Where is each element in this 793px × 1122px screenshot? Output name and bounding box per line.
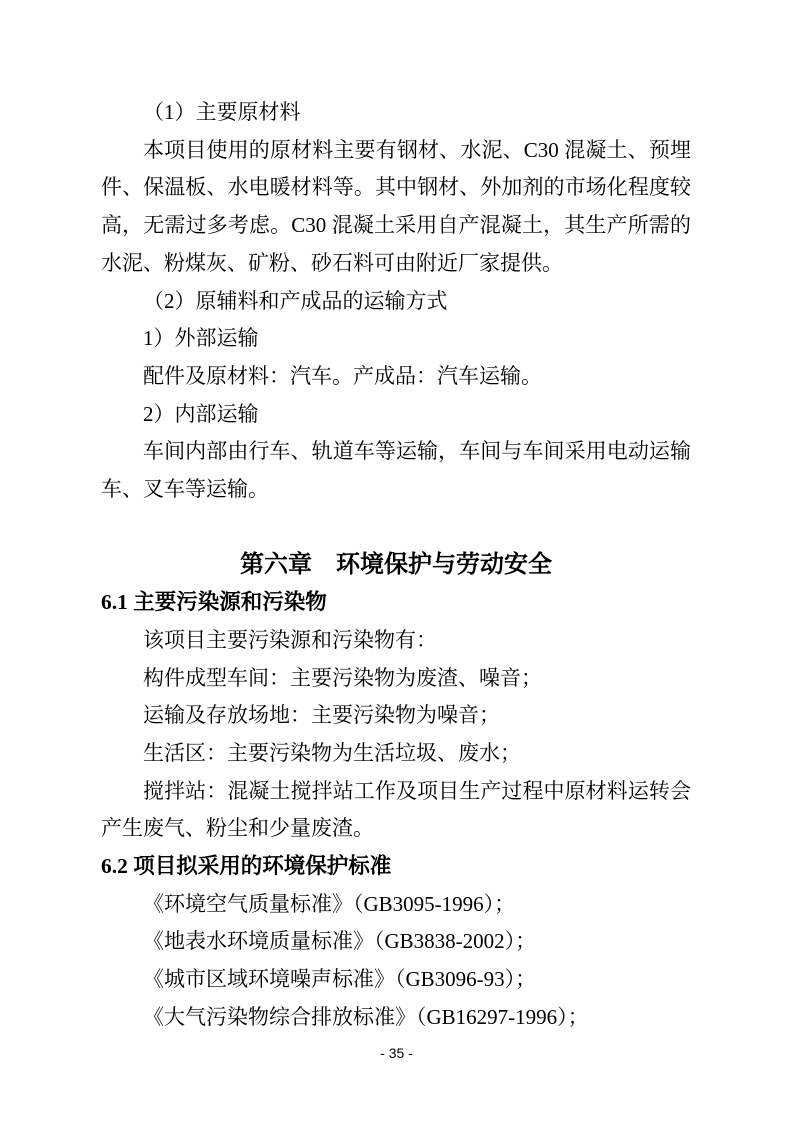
paragraph: 《地表水环境质量标准》（GB3838-2002）； — [101, 923, 691, 961]
paragraph: （2）原辅料和产成品的运输方式 — [101, 283, 691, 321]
paragraph: 搅拌站：混凝土搅拌站工作及项目生产过程中原材料运转会产生废气、粉尘和少量废渣。 — [101, 773, 691, 848]
document-body: （1）主要原材料本项目使用的原材料主要有钢材、水泥、C30 混凝土、预埋件、保温… — [101, 94, 691, 1037]
paragraph: 车间内部由行车、轨道车等运输，车间与车间采用电动运输车、叉车等运输。 — [101, 433, 691, 508]
paragraph: 2）内部运输 — [101, 396, 691, 434]
chapter-heading: 第六章 环境保护与劳动安全 — [101, 546, 691, 584]
paragraph: 生活区：主要污染物为生活垃圾、废水； — [101, 735, 691, 773]
paragraph: （1）主要原材料 — [101, 94, 691, 132]
paragraph: 1）外部运输 — [101, 320, 691, 358]
paragraph: 《环境空气质量标准》（GB3095-1996）； — [101, 886, 691, 924]
paragraph: 配件及原材料：汽车。产成品：汽车运输。 — [101, 358, 691, 396]
paragraph: 运输及存放场地：主要污染物为噪音； — [101, 697, 691, 735]
page-number: - 35 - — [380, 1045, 413, 1061]
paragraph: 构件成型车间：主要污染物为废渣、噪音； — [101, 660, 691, 698]
paragraph: 《大气污染物综合排放标准》（GB16297-1996）； — [101, 999, 691, 1037]
paragraph: 该项目主要污染源和污染物有： — [101, 622, 691, 660]
paragraph: 本项目使用的原材料主要有钢材、水泥、C30 混凝土、预埋件、保温板、水电暖材料等… — [101, 132, 691, 283]
page-footer: - 35 - — [0, 1044, 793, 1062]
paragraph: 《城市区域环境噪声标准》（GB3096-93）； — [101, 961, 691, 999]
section-heading: 6.1 主要污染源和污染物 — [101, 584, 691, 622]
section-heading: 6.2 项目拟采用的环境保护标准 — [101, 848, 691, 886]
document-page: （1）主要原材料本项目使用的原材料主要有钢材、水泥、C30 混凝土、预埋件、保温… — [0, 0, 793, 1122]
